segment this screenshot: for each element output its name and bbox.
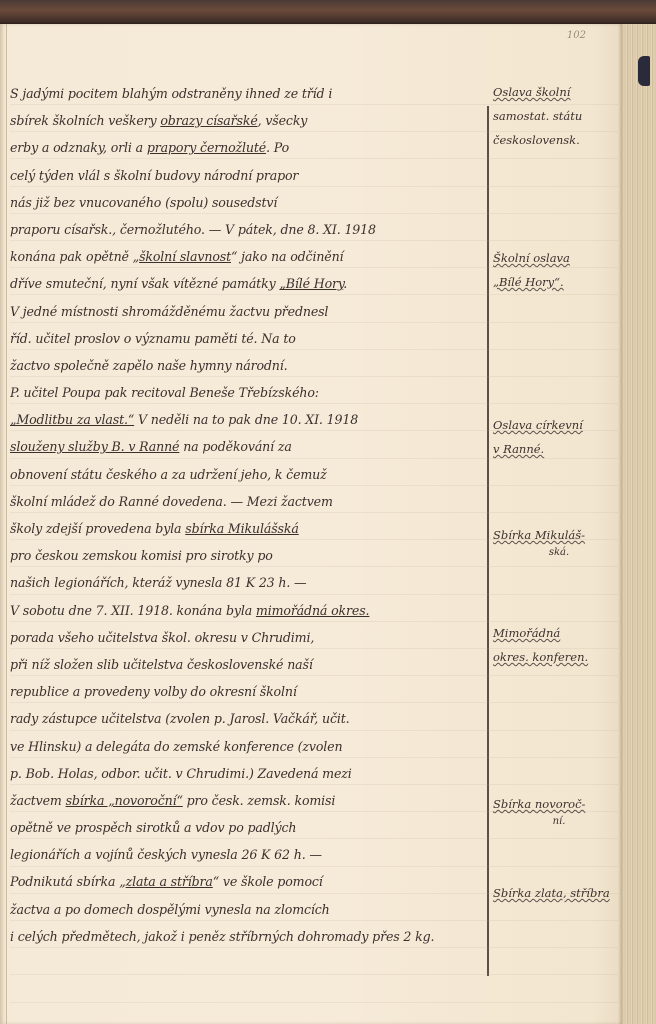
underlined-phrase: prapory černožluté — [147, 140, 266, 155]
margin-note-heading: Oslava školní — [493, 80, 625, 104]
margin-note-line: samostat. státu — [493, 104, 625, 128]
margin-note: Oslava školnísamostat. státučeskoslovens… — [493, 80, 625, 152]
underlined-phrase: slouženy služby B. v Ranné — [10, 439, 179, 454]
text-line: pro českou zemskou komisi pro sirotky po — [10, 542, 485, 569]
binding-clip — [638, 56, 650, 86]
text-line: V jedné místnosti shromážděnému žactvu p… — [10, 298, 485, 325]
margin-note: Oslava církevnív Ranné. — [493, 413, 625, 461]
ruled-line — [10, 1002, 618, 1003]
text-line: V sobotu dne 7. XII. 1918. konána byla m… — [10, 597, 485, 624]
margin-note: Sbírka Mikuláš-ská. — [493, 523, 625, 559]
text-line: žactvem sbírka „novoroční“ pro česk. zem… — [10, 787, 485, 814]
margin-note: Sbírka novoroč-ní. — [493, 792, 625, 828]
margin-note-line: ní. — [493, 816, 625, 828]
text-line: školní mládež do Ranné dovedena. — Mezi … — [10, 488, 485, 515]
underlined-phrase: zlata a stříbra — [126, 874, 213, 889]
text-line: erby a odznaky, orli a prapory černožlut… — [10, 134, 485, 161]
text-line: P. učitel Poupa pak recitoval Beneše Tře… — [10, 379, 485, 406]
text-line: našich legionářích, kteráž vynesla 81 K … — [10, 569, 485, 596]
text-line: při níž složen slib učitelstva českoslov… — [10, 651, 485, 678]
underlined-phrase: „Bílé Hory — [279, 276, 343, 291]
margin-note-heading: Sbírka zlata, stříbra — [493, 881, 625, 905]
margin-note-heading: Sbírka novoroč- — [493, 792, 625, 816]
margin-note-line: v Ranné. — [493, 437, 625, 461]
margin-note-heading: Sbírka Mikuláš- — [493, 523, 625, 547]
underlined-phrase: obrazy císařské — [160, 113, 257, 128]
margin-note-line: československ. — [493, 128, 625, 152]
margin-note: Mimořádnáokres. konferen. — [493, 621, 625, 669]
text-line: říd. učitel proslov o významu paměti té.… — [10, 325, 485, 352]
margin-note-heading: Školní oslava — [493, 246, 625, 270]
text-line: i celých předmětech, jakož i peněz stříb… — [10, 923, 485, 950]
text-line: „Modlitbu za vlast.“ V neděli na to pak … — [10, 406, 485, 433]
underlined-phrase: školní slavnost — [139, 249, 231, 264]
text-line: ve Hlinsku) a delegáta do zemské konfere… — [10, 733, 485, 760]
margin-note: Školní oslava„Bílé Hory“. — [493, 246, 625, 294]
text-line: celý týden vlál s školní budovy národní … — [10, 162, 485, 189]
margin-divider-rule — [487, 106, 489, 976]
text-line: opětně ve prospěch sirotků a vdov po pad… — [10, 814, 485, 841]
text-line: legionářích a vojínů českých vynesla 26 … — [10, 841, 485, 868]
margin-note-line: okres. konferen. — [493, 645, 625, 669]
page-left-rule — [6, 24, 7, 1024]
text-line: dříve smuteční, nyní však vítězné památk… — [10, 270, 485, 297]
underlined-phrase: sbírka Mikulášská — [185, 521, 298, 536]
scanned-page: 102 S jadými pocitem blahým odstraněny i… — [0, 0, 656, 1024]
text-line: republice a provedeny volby do okresní š… — [10, 678, 485, 705]
underlined-phrase: sbírka „novoroční“ — [66, 793, 183, 808]
text-line: rady zástupce učitelstva (zvolen p. Jaro… — [10, 705, 485, 732]
text-line: S jadými pocitem blahým odstraněny ihned… — [10, 80, 485, 107]
book-page-edges — [622, 24, 656, 1024]
text-line: p. Bob. Holas, odbor. učit. v Chrudimi.)… — [10, 760, 485, 787]
chronicle-body-text: S jadými pocitem blahým odstraněny ihned… — [10, 80, 485, 950]
margin-note: Sbírka zlata, stříbra — [493, 881, 625, 905]
text-line: praporu císařsk., černožlutého. — V páte… — [10, 216, 485, 243]
text-line: školy zdejší provedena byla sbírka Mikul… — [10, 515, 485, 542]
text-line: žactva a po domech dospělými vynesla na … — [10, 896, 485, 923]
text-line: konána pak opětně „školní slavnost“ jako… — [10, 243, 485, 270]
margin-note-heading: Oslava církevní — [493, 413, 625, 437]
margin-note-line: „Bílé Hory“. — [493, 270, 625, 294]
underlined-phrase: mimořádná okres. — [256, 603, 369, 618]
ruled-line — [10, 974, 618, 975]
text-line: Podnikutá sbírka „zlata a stříbra“ ve šk… — [10, 868, 485, 895]
margin-note-heading: Mimořádná — [493, 621, 625, 645]
text-line: nás již bez vnucovaného (spolu) sousedst… — [10, 189, 485, 216]
margin-note-line: ská. — [493, 547, 625, 559]
text-line: slouženy služby B. v Ranné na poděkování… — [10, 433, 485, 460]
text-line: obnovení státu českého a za udržení jeho… — [10, 461, 485, 488]
text-line: porada všeho učitelstva škol. okresu v C… — [10, 624, 485, 651]
underlined-phrase: „Modlitbu za vlast.“ — [10, 412, 134, 427]
page-number: 102 — [567, 30, 586, 41]
text-line: sbírek školních veškery obrazy císařské,… — [10, 107, 485, 134]
text-line: žactvo společně zapělo naše hymny národn… — [10, 352, 485, 379]
